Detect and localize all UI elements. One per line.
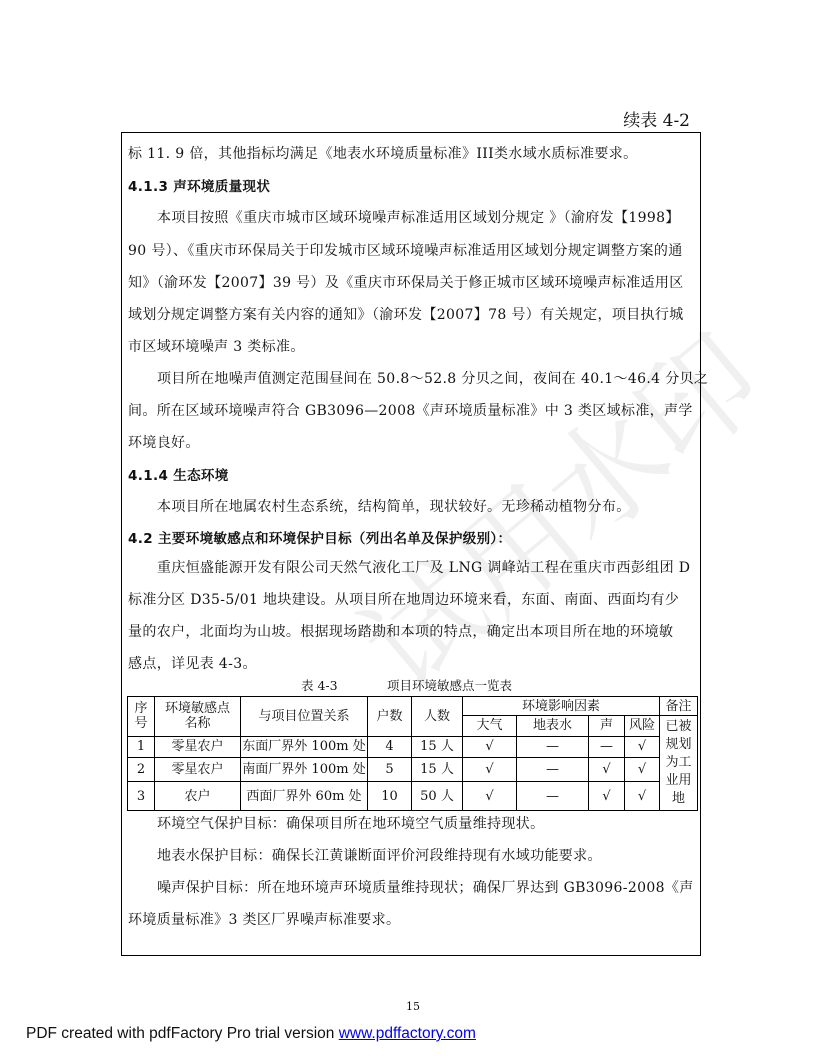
pdf-creator-notice: PDF created with pdfFactory Pro trial ve… <box>26 1025 476 1043</box>
para-42-line-1: 重庆恒盛能源开发有限公司天然气液化工厂及 LNG 调峰站工程在重庆市西彭组团 D <box>157 557 690 577</box>
cell-air: √ <box>463 736 517 757</box>
cell-people: 15 人 <box>412 757 463 781</box>
noise-protection-goal-line-1: 噪声保护目标：所在地环境声环境质量维持现状；确保厂界达到 GB3096-2008… <box>157 877 694 897</box>
para-413-line-1: 本项目按照《重庆市城市区域环境噪声标准适用区域划分规定 》（渝府发【1998】 <box>157 207 680 227</box>
cell-noise: √ <box>589 782 625 811</box>
header-name: 环境敏感点名称 <box>155 697 241 737</box>
header-households: 户数 <box>368 697 412 737</box>
cell-name: 农户 <box>155 782 241 811</box>
cell-position: 西面厂界外 60m 处 <box>241 782 368 811</box>
table-row: 1 零星农户 东面厂界外 100m 处 4 15 人 √ — — √ <box>128 736 698 757</box>
heading-4-1-3: 4.1.3 声环境质量现状 <box>128 175 270 195</box>
cell-name: 零星农户 <box>155 757 241 781</box>
cell-position: 东面厂界外 100m 处 <box>241 736 368 757</box>
cell-households: 10 <box>368 782 412 811</box>
para-noise-line-2: 间。所在区域环境噪声符合 GB3096—2008《声环境质量标准》中 3 类区域… <box>128 400 693 420</box>
cell-noise: √ <box>589 757 625 781</box>
remark-cell: 已被规划为工业用地 <box>660 716 698 811</box>
para-413-line-5: 市区域环境噪声 3 类标准。 <box>128 336 305 356</box>
cell-households: 5 <box>368 757 412 781</box>
header-position: 与项目位置关系 <box>241 697 368 737</box>
cell-surface-water: — <box>517 757 589 781</box>
cell-seq: 3 <box>128 782 155 811</box>
cell-households: 4 <box>368 736 412 757</box>
cell-air: √ <box>463 757 517 781</box>
header-seq: 序号 <box>128 697 155 737</box>
heading-4-2: 4.2 主要环境敏感点和环境保护目标（列出名单及保护级别）： <box>128 527 511 547</box>
header-factor-noise: 声 <box>589 716 625 737</box>
para-413-line-4: 域划分规定调整方案有关内容的通知》（渝环发【2007】78 号）有关规定，项目执… <box>128 304 684 324</box>
cell-risk: √ <box>625 757 660 781</box>
para-noise-line-3: 环境良好。 <box>128 432 200 452</box>
header-remark: 备注 <box>660 697 698 716</box>
cell-noise: — <box>589 736 625 757</box>
cell-people: 15 人 <box>412 736 463 757</box>
header-factor-surface-water: 地表水 <box>517 716 589 737</box>
header-factor-air: 大气 <box>463 716 517 737</box>
table-row: 3 农户 西面厂界外 60m 处 10 50 人 √ — √ √ <box>128 782 698 811</box>
para-ecology: 本项目所在地属农村生态系统，结构简单，现状较好。无珍稀动植物分布。 <box>157 496 631 516</box>
surface-water-protection-goal: 地表水保护目标：确保长江黄谦断面评价河段维持现有水域功能要求。 <box>157 845 602 865</box>
heading-4-1-4: 4.1.4 生态环境 <box>128 464 229 484</box>
cell-name: 零星农户 <box>155 736 241 757</box>
table-caption-number: 表 4-3 <box>301 676 338 694</box>
para-42-line-3: 量的农户，北面均为山坡。根据现场踏勘和本项的特点，确定出本项目所在地的环境敏 <box>128 621 673 641</box>
para-42-line-4: 感点，详见表 4-3。 <box>128 653 257 673</box>
header-people: 人数 <box>412 697 463 737</box>
table-header-row-1: 序号 环境敏感点名称 与项目位置关系 户数 人数 环境影响因素 备注 <box>128 697 698 716</box>
cell-surface-water: — <box>517 782 589 811</box>
continuation-label: 续表 4-2 <box>623 106 690 131</box>
table-row: 2 零星农户 南面厂界外 100m 处 5 15 人 √ — √ √ <box>128 757 698 781</box>
cell-position: 南面厂界外 100m 处 <box>241 757 368 781</box>
header-factors: 环境影响因素 <box>463 697 660 716</box>
table-caption-title: 项目环境敏感点一览表 <box>387 676 512 694</box>
cell-air: √ <box>463 782 517 811</box>
noise-protection-goal-line-2: 环境质量标准》3 类区厂界噪声标准要求。 <box>128 909 400 929</box>
para-413-line-3: 知》（渝环发【2007】39 号）及《重庆市环保局关于修正城市区域环境噪声标准适… <box>128 272 684 292</box>
page-number: 15 <box>406 1000 420 1013</box>
intro-line: 标 11. 9 倍，其他指标均满足《地表水环境质量标准》III类水域水质标准要求… <box>128 143 637 163</box>
air-protection-goal: 环境空气保护目标：确保项目所在地环境空气质量维持现状。 <box>157 813 544 833</box>
para-noise-line-1: 项目所在地噪声值测定范围昼间在 50.8～52.8 分贝之间，夜间在 40.1～… <box>157 368 708 388</box>
cell-risk: √ <box>625 782 660 811</box>
cell-seq: 1 <box>128 736 155 757</box>
para-42-line-2: 标准分区 D35-5/01 地块建设。从项目所在地周边环境来看，东面、南面、西面… <box>128 589 679 609</box>
sensitive-points-table: 序号 环境敏感点名称 与项目位置关系 户数 人数 环境影响因素 备注 大气 地表… <box>127 696 698 811</box>
pdf-notice-text: PDF created with pdfFactory Pro trial ve… <box>26 1025 339 1042</box>
header-factor-risk: 风险 <box>625 716 660 737</box>
cell-people: 50 人 <box>412 782 463 811</box>
cell-risk: √ <box>625 736 660 757</box>
cell-surface-water: — <box>517 736 589 757</box>
cell-seq: 2 <box>128 757 155 781</box>
para-413-line-2: 90 号）、《重庆市环保局关于印发城市区域环境噪声标准适用区域划分规定调整方案的… <box>128 240 683 260</box>
pdffactory-link[interactable]: www.pdffactory.com <box>339 1025 476 1042</box>
